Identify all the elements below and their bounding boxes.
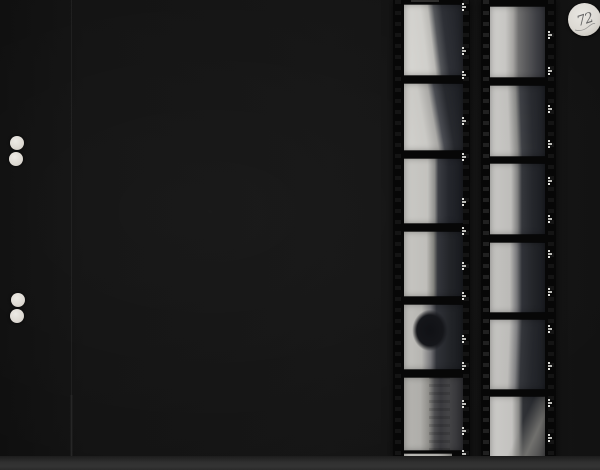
film-edge-marking — [461, 152, 468, 163]
sprocket-holes-left-edge — [483, 0, 489, 464]
film-edge-marking — [547, 249, 554, 260]
film-edge-marking — [461, 2, 468, 13]
film-edge-marking — [461, 197, 468, 208]
film-edge-marking — [547, 433, 554, 444]
film-edge-marking — [547, 287, 554, 298]
frame-r1 — [490, 6, 545, 78]
film-edge-marking — [547, 66, 554, 77]
punch-hole — [9, 152, 23, 166]
film-edge-marking — [547, 398, 554, 409]
frame-l3 — [404, 158, 463, 224]
contact-sheet-page: 72 — [0, 0, 600, 470]
frame-r3 — [490, 163, 545, 235]
punch-hole — [10, 136, 24, 150]
frame-l6 — [404, 377, 463, 451]
film-edge-marking — [461, 399, 468, 410]
frame-l5 — [404, 304, 463, 370]
film-edge-marking — [461, 426, 468, 437]
film-edge-marking — [547, 30, 554, 41]
frame-r4 — [490, 242, 545, 313]
film-edge-marking — [461, 116, 468, 127]
film-edge-marking — [547, 104, 554, 115]
film-edge-marking — [461, 291, 468, 302]
film-edge-marking — [547, 361, 554, 372]
film-edge-marking — [461, 261, 468, 272]
film-edge-marking — [461, 46, 468, 57]
frame-r5 — [490, 319, 545, 390]
film-strip-left — [393, 0, 470, 462]
frame-l4 — [404, 231, 463, 297]
film-edge-marking — [547, 324, 554, 335]
film-strip-right — [481, 0, 556, 464]
film-edge-marking — [547, 139, 554, 150]
film-edge-marking — [461, 334, 468, 345]
film-edge-marking — [547, 176, 554, 187]
handwriting-flourish — [574, 22, 596, 32]
sprocket-holes-left-edge — [395, 0, 401, 462]
frame-r2 — [490, 85, 545, 157]
punch-hole — [10, 309, 24, 323]
number-sticker: 72 — [568, 3, 600, 36]
frame-r6 — [490, 396, 545, 462]
film-edge-marking — [547, 214, 554, 225]
film-edge-marking — [461, 361, 468, 372]
film-edge-marking — [461, 70, 468, 81]
film-edge-marking — [461, 226, 468, 237]
scanner-edge-band — [0, 456, 600, 470]
punch-hole — [11, 293, 25, 307]
frame-l0-sliver — [411, 0, 439, 2]
frame-l1 — [404, 4, 463, 76]
frame-l2 — [404, 83, 463, 151]
